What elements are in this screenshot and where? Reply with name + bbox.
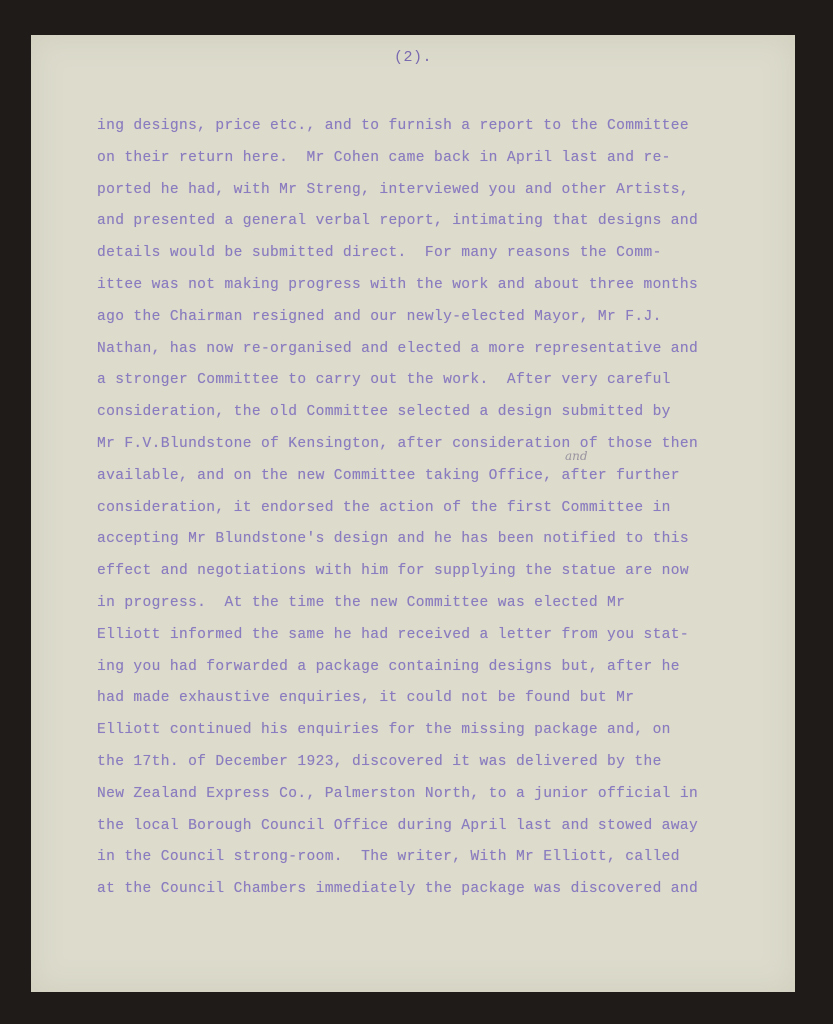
handwritten-annotation: and — [565, 449, 588, 463]
text-line: ing designs, price etc., and to furnish … — [97, 111, 777, 143]
text-line: ing you had forwarded a package containi… — [97, 652, 777, 684]
text-line: Mr F.V.Blundstone of Kensington, after c… — [97, 429, 777, 461]
text-line: effect and negotiations with him for sup… — [97, 556, 777, 588]
text-line: in the Council strong-room. The writer, … — [97, 842, 777, 874]
text-line: New Zealand Express Co., Palmerston Nort… — [97, 779, 777, 811]
text-line: consideration, the old Committee selecte… — [97, 397, 777, 429]
text-line: a stronger Committee to carry out the wo… — [97, 365, 777, 397]
text-line: on their return here. Mr Cohen came back… — [97, 143, 777, 175]
text-line: consideration, it endorsed the action of… — [97, 493, 777, 525]
text-line: at the Council Chambers immediately the … — [97, 874, 777, 906]
text-line: the local Borough Council Office during … — [97, 811, 777, 843]
text-line: and presented a general verbal report, i… — [97, 206, 777, 238]
text-line: in progress. At the time the new Committ… — [97, 588, 777, 620]
text-line: available, and on the new Committee taki… — [97, 461, 777, 493]
text-line: the 17th. of December 1923, discovered i… — [97, 747, 777, 779]
text-line: had made exhaustive enquiries, it could … — [97, 683, 777, 715]
text-line: ago the Chairman resigned and our newly-… — [97, 302, 777, 334]
document-page: (2). ing designs, price etc., and to fur… — [31, 35, 795, 992]
letter-body: ing designs, price etc., and to furnish … — [97, 111, 777, 906]
text-line: accepting Mr Blundstone's design and he … — [97, 524, 777, 556]
text-line: Elliott informed the same he had receive… — [97, 620, 777, 652]
page-number: (2). — [31, 49, 795, 66]
text-line: Nathan, has now re-organised and elected… — [97, 334, 777, 366]
text-line: details would be submitted direct. For m… — [97, 238, 777, 270]
text-line: ittee was not making progress with the w… — [97, 270, 777, 302]
text-line: Elliott continued his enquiries for the … — [97, 715, 777, 747]
text-line: ported he had, with Mr Streng, interview… — [97, 175, 777, 207]
